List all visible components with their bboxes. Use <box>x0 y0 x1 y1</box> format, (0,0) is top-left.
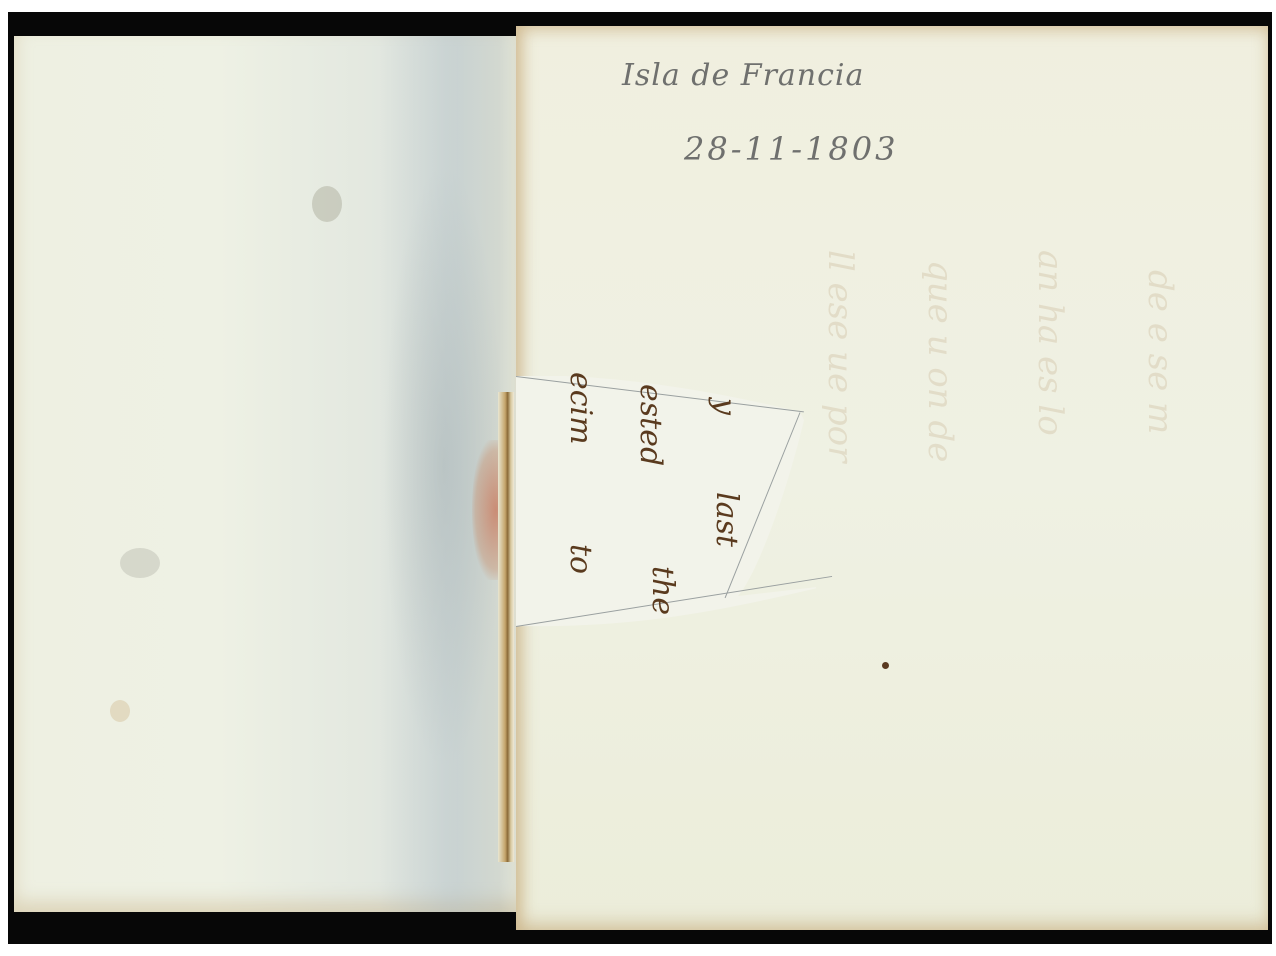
ink-word: last <box>709 492 744 547</box>
ink-word: to <box>563 544 598 574</box>
ink-word: ested <box>633 384 668 466</box>
pencil-annotation-date: 28-11-1803 <box>684 130 899 168</box>
ink-spot <box>882 662 889 669</box>
stain <box>110 700 130 722</box>
letter-fold-seam <box>498 392 514 862</box>
ink-word: ecim <box>563 372 598 445</box>
pencil-annotation-place: Isla de Francia <box>622 58 864 93</box>
ghost-writing-line: ll ese ue por <box>820 250 860 462</box>
stain <box>120 548 160 578</box>
stain <box>312 186 342 222</box>
ink-word: the <box>645 566 680 615</box>
ghost-writing-line: de e se m <box>1140 270 1180 434</box>
ghost-writing-line: an ha es lo <box>1030 250 1070 436</box>
ghost-writing-line: que u on de <box>920 260 960 462</box>
ink-word: y <box>707 398 742 415</box>
